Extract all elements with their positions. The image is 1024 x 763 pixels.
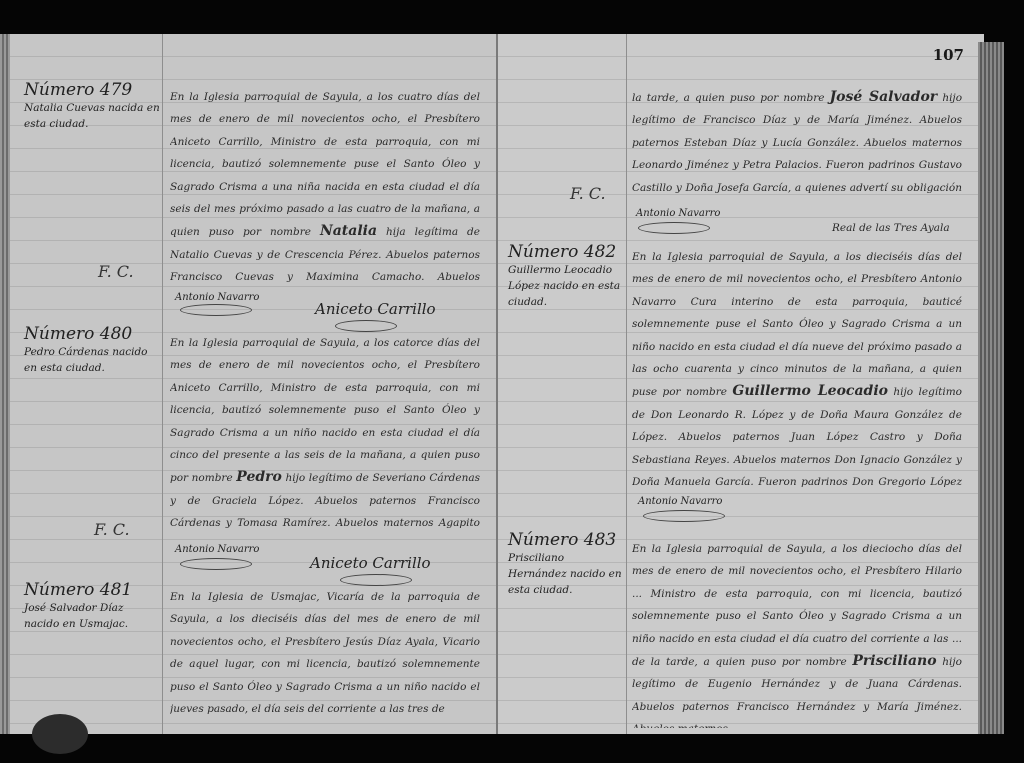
signature-minister: Aniceto Carrillo bbox=[315, 300, 436, 318]
left-page: Número 479 Natalia Cuevas nacida en esta… bbox=[10, 34, 498, 734]
signature-flourish bbox=[340, 574, 412, 586]
entry-subject: Guillermo Leocadio López nacido en esta … bbox=[508, 262, 624, 310]
fc-mark: F. C. bbox=[570, 184, 606, 203]
entry-number: Número 480 bbox=[24, 324, 132, 344]
entry-subject: Prisciliano Hernández nacido en esta ciu… bbox=[508, 550, 624, 598]
open-register-book: Número 479 Natalia Cuevas nacida en esta… bbox=[0, 34, 1024, 734]
ink-stain bbox=[32, 714, 88, 754]
signature-flourish bbox=[180, 304, 252, 316]
entry-number: Número 482 bbox=[508, 242, 616, 262]
baptismal-name: Natalia bbox=[320, 223, 377, 239]
entry-number: Número 483 bbox=[508, 530, 616, 550]
signature-cura: Antonio Navarro bbox=[175, 544, 259, 555]
margin-rule bbox=[162, 34, 163, 734]
signature-flourish bbox=[335, 320, 397, 332]
entry-479-header: Número 479 Natalia Cuevas nacida en esta… bbox=[24, 80, 160, 132]
signature-cura: Antonio Navarro bbox=[636, 208, 720, 219]
signature-cura: Antonio Navarro bbox=[638, 496, 722, 507]
entry-number: Número 481 bbox=[24, 580, 132, 600]
signature-flourish bbox=[180, 558, 252, 570]
entry-subject: José Salvador Díaz nacido en Usmajac. bbox=[24, 600, 160, 632]
fc-mark: F. C. bbox=[98, 262, 134, 281]
entry-480-text: En la Iglesia parroquial de Sayula, a lo… bbox=[170, 332, 480, 534]
signature-minister: Aniceto Carrillo bbox=[310, 554, 431, 572]
entry-text-end: hijo legítimo de Francisco Díaz y de Mar… bbox=[632, 92, 962, 204]
entry-482-text: En la Iglesia parroquial de Sayula, a lo… bbox=[632, 246, 962, 496]
entry-text: la tarde, a quien puso por nombre bbox=[632, 92, 824, 104]
right-page: 107 la tarde, a quien puso por nombre Jo… bbox=[498, 34, 984, 734]
entry-text-end: hijo legítimo de Don Leonardo R. López y… bbox=[632, 386, 962, 496]
entry-text: En la Iglesia parroquial de Sayula, a lo… bbox=[632, 251, 962, 398]
book-edge-right bbox=[978, 42, 1004, 734]
entry-480-header: Número 480 Pedro Cárdenas nacido en esta… bbox=[24, 324, 160, 376]
entry-479-text: En la Iglesia parroquial de Sayula, a lo… bbox=[170, 86, 480, 291]
entry-text: En la Iglesia parroquial de Sayula, a lo… bbox=[170, 337, 480, 484]
entry-483-text: En la Iglesia parroquial de Sayula, a lo… bbox=[632, 538, 962, 728]
signature-cura: Antonio Navarro bbox=[175, 292, 259, 303]
baptismal-name: Prisciliano bbox=[852, 653, 936, 669]
entry-text: En la Iglesia parroquial de Sayula, a lo… bbox=[632, 543, 962, 668]
entry-subject: Pedro Cárdenas nacido en esta ciudad. bbox=[24, 344, 160, 376]
baptismal-name: Guillermo Leocadio bbox=[732, 383, 888, 399]
signature-flourish bbox=[638, 222, 710, 234]
page-number: 107 bbox=[933, 46, 964, 64]
entry-text: En la Iglesia parroquial de Sayula, a lo… bbox=[170, 91, 480, 238]
entry-481-text: En la Iglesia de Usmajac, Vicaría de la … bbox=[170, 586, 480, 721]
entry-text: En la Iglesia de Usmajac, Vicaría de la … bbox=[170, 591, 480, 715]
entry-subject: Natalia Cuevas nacida en esta ciudad. bbox=[24, 100, 160, 132]
signature-flourish bbox=[643, 510, 725, 522]
margin-annotation: Real de las Tres Ayala bbox=[832, 222, 950, 234]
baptismal-name: Pedro bbox=[236, 469, 282, 485]
entry-483-header: Número 483 Prisciliano Hernández nacido … bbox=[508, 530, 624, 598]
entry-481-header: Número 481 José Salvador Díaz nacido en … bbox=[24, 580, 160, 632]
fc-mark: F. C. bbox=[94, 520, 130, 539]
entry-481-continuation: la tarde, a quien puso por nombre José S… bbox=[632, 86, 962, 204]
entry-482-header: Número 482 Guillermo Leocadio López naci… bbox=[508, 242, 624, 310]
baptismal-name: José Salvador bbox=[830, 89, 938, 105]
entry-number: Número 479 bbox=[24, 80, 132, 100]
margin-rule bbox=[626, 34, 627, 734]
